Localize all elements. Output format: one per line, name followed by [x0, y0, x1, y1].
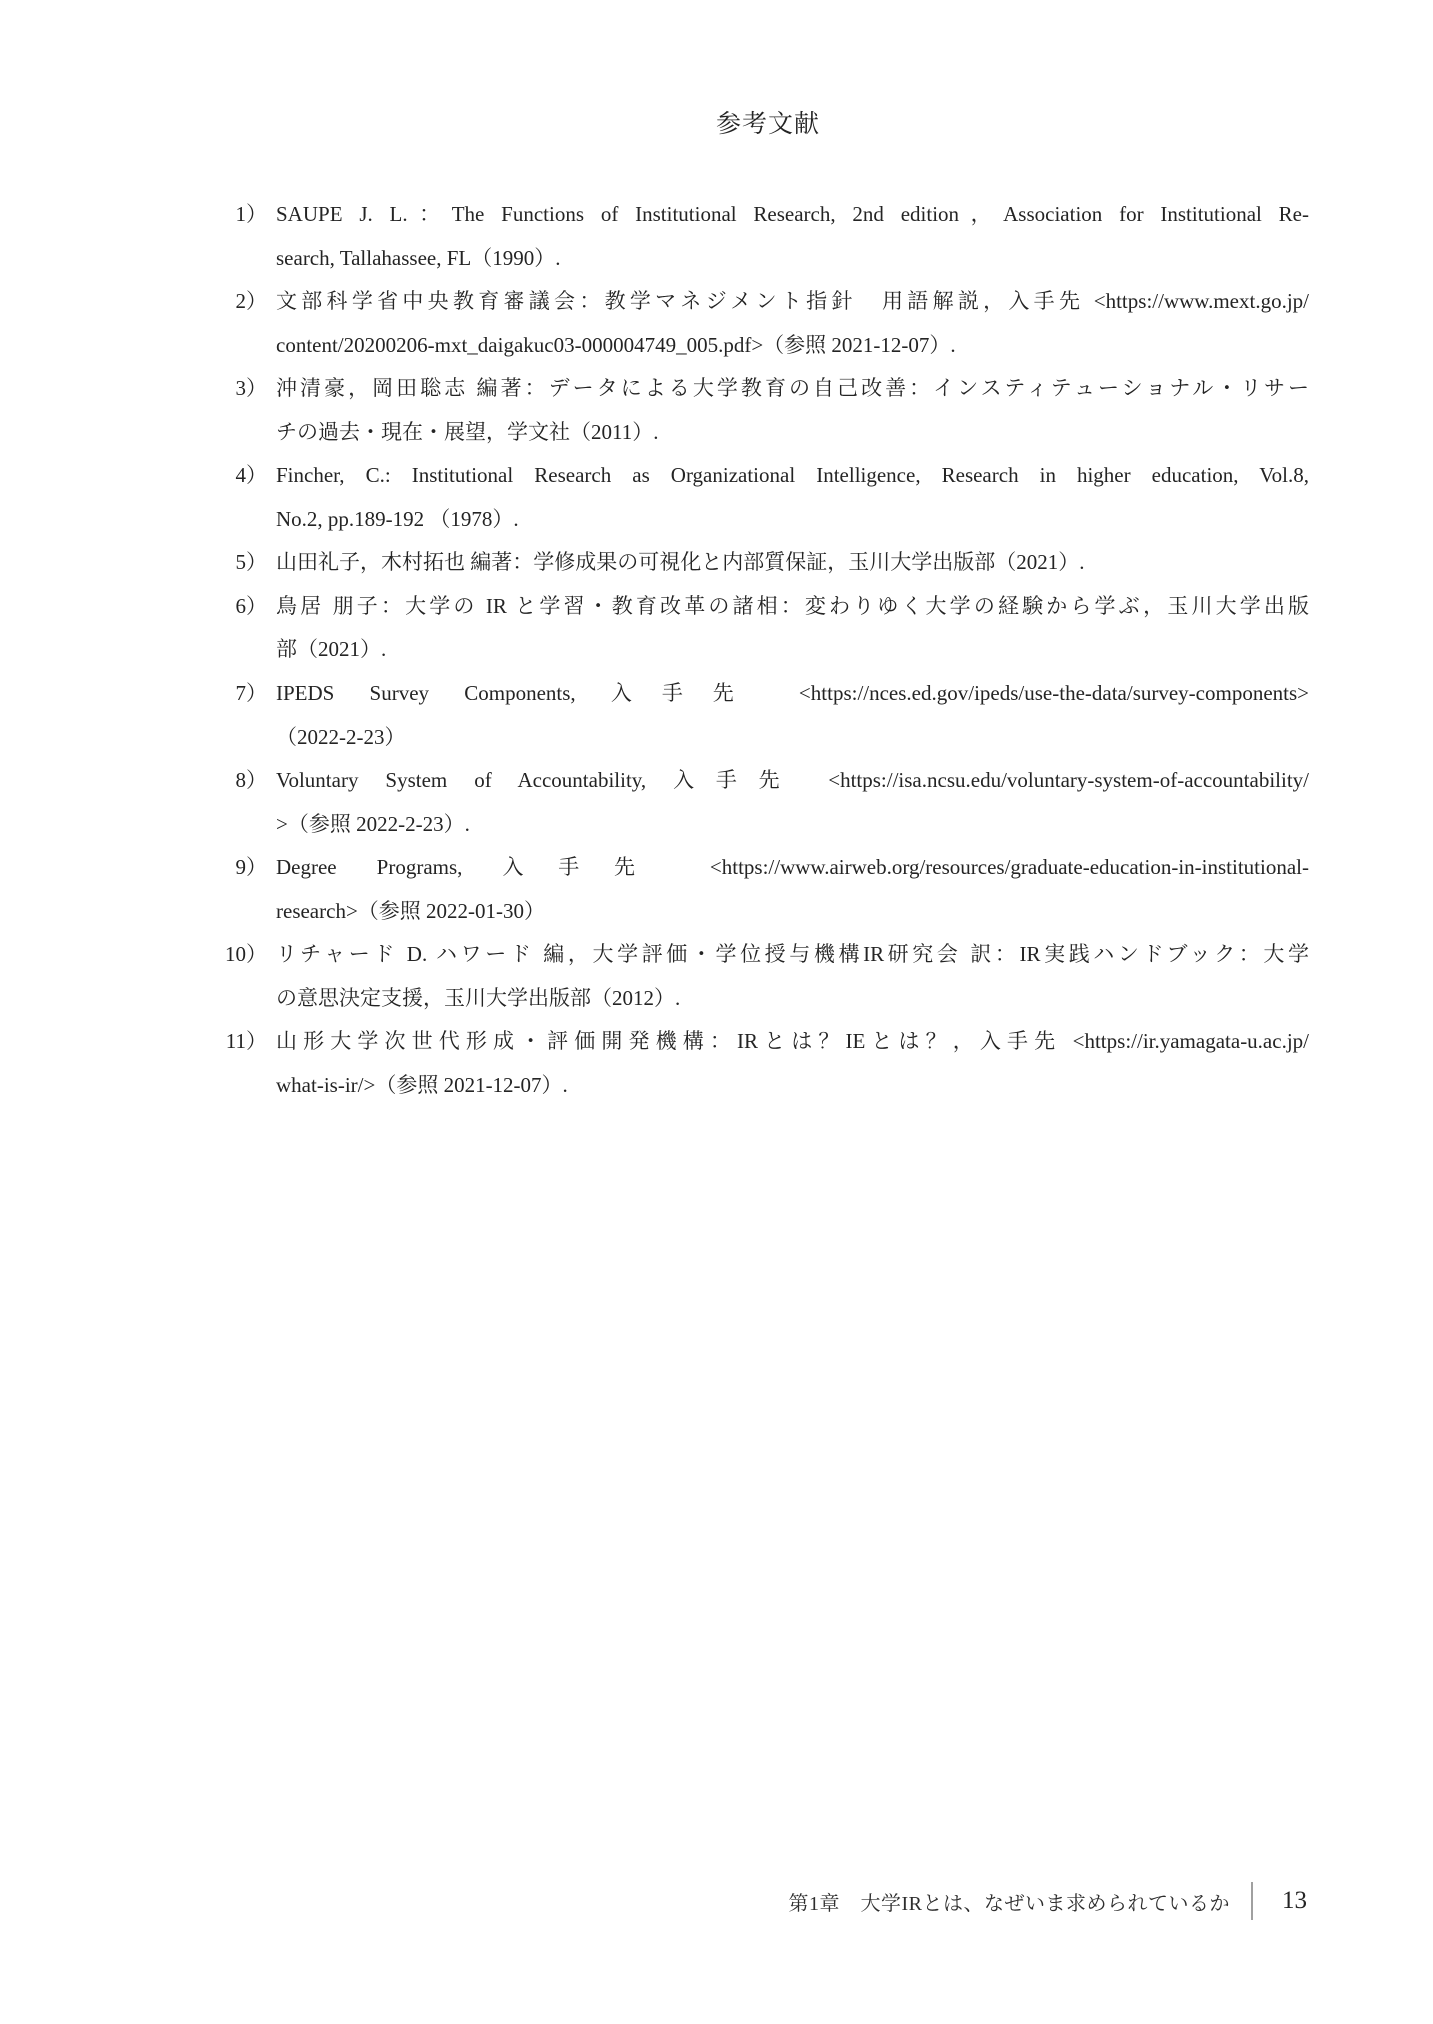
reference-number: 2） [160, 280, 267, 324]
reference-number: 7） [160, 672, 267, 716]
reference-number: 5） [160, 541, 267, 585]
page-title: 参考文献 [716, 110, 820, 140]
page-footer: 第1章 大学IRとは、なぜいま求められているか 13 [0, 1881, 1307, 1921]
reference-text: 文部科学省中央教育審議会：教学マネジメント指針 用語解説，入手先 <https:… [276, 280, 1309, 367]
reference-line: No.2, pp.189-192 （1978）. [276, 498, 1309, 542]
reference-number: 8） [160, 759, 267, 803]
reference-number: 3） [160, 367, 267, 411]
reference-text: 山田礼子，木村拓也 編著：学修成果の可視化と内部質保証，玉川大学出版部（2021… [276, 541, 1309, 585]
reference-line: チの過去・現在・展望，学文社（2011）. [276, 411, 1309, 455]
reference-line: IPEDS Survey Components, 入手先 <https://nc… [276, 672, 1309, 716]
reference-text: Fincher, C.: Institutional Research as O… [276, 454, 1309, 541]
reference-item: 10）リチャード D. ハワード 編，大学評価・学位授与機構IR研究会 訳：IR… [0, 933, 1433, 1020]
reference-line: what-is-ir/>（参照 2021-12-07）. [276, 1064, 1309, 1108]
reference-text: Voluntary System of Accountability, 入手先 … [276, 759, 1309, 846]
reference-item: 2）文部科学省中央教育審議会：教学マネジメント指針 用語解説，入手先 <http… [0, 280, 1433, 367]
reference-line: 文部科学省中央教育審議会：教学マネジメント指針 用語解説，入手先 <https:… [276, 280, 1309, 324]
reference-line: Fincher, C.: Institutional Research as O… [276, 454, 1309, 498]
reference-number: 11） [160, 1020, 267, 1064]
reference-line: の意思決定支援，玉川大学出版部（2012）. [276, 977, 1309, 1021]
reference-text: SAUPE J. L.：The Functions of Institution… [276, 193, 1309, 280]
reference-item: 6）鳥居 朋子：大学の IR と学習・教育改革の諸相：変わりゆく大学の経験から学… [0, 585, 1433, 672]
reference-item: 11）山形大学次世代形成・評価開発機構：IRとは？IEとは？，入手先 <http… [0, 1020, 1433, 1107]
reference-line: search, Tallahassee, FL（1990）. [276, 237, 1309, 281]
reference-item: 4）Fincher, C.: Institutional Research as… [0, 454, 1433, 541]
reference-item: 7）IPEDS Survey Components, 入手先 <https://… [0, 672, 1433, 759]
reference-item: 9）Degree Programs, 入手先 <https://www.airw… [0, 846, 1433, 933]
reference-number: 9） [160, 846, 267, 890]
reference-line: Voluntary System of Accountability, 入手先 … [276, 759, 1309, 803]
reference-text: 沖清豪，岡田聡志 編著：データによる大学教育の自己改善：インスティテューショナル… [276, 367, 1309, 454]
footer-divider [1251, 1882, 1253, 1920]
reference-text: 山形大学次世代形成・評価開発機構：IRとは？IEとは？，入手先 <https:/… [276, 1020, 1309, 1107]
reference-line: （2022-2-23） [276, 716, 1309, 760]
reference-item: 5）山田礼子，木村拓也 編著：学修成果の可視化と内部質保証，玉川大学出版部（20… [0, 541, 1433, 585]
reference-number: 6） [160, 585, 267, 629]
reference-line: content/20200206-mxt_daigakuc03-00000474… [276, 324, 1309, 368]
reference-text: リチャード D. ハワード 編，大学評価・学位授与機構IR研究会 訳：IR実践ハ… [276, 933, 1309, 1020]
reference-line: Degree Programs, 入手先 <https://www.airweb… [276, 846, 1309, 890]
footer-chapter-title: 第1章 大学IRとは、なぜいま求められているか [789, 1887, 1231, 1916]
reference-line: >（参照 2022-2-23）. [276, 803, 1309, 847]
reference-line: research>（参照 2022-01-30） [276, 890, 1309, 934]
reference-item: 3）沖清豪，岡田聡志 編著：データによる大学教育の自己改善：インスティテューショ… [0, 367, 1433, 454]
reference-text: IPEDS Survey Components, 入手先 <https://nc… [276, 672, 1309, 759]
reference-line: SAUPE J. L.：The Functions of Institution… [276, 193, 1309, 237]
reference-line: リチャード D. ハワード 編，大学評価・学位授与機構IR研究会 訳：IR実践ハ… [276, 933, 1309, 977]
reference-line: 山形大学次世代形成・評価開発機構：IRとは？IEとは？，入手先 <https:/… [276, 1020, 1309, 1064]
reference-item: 1）SAUPE J. L.：The Functions of Instituti… [0, 193, 1433, 280]
reference-number: 4） [160, 454, 267, 498]
reference-text: Degree Programs, 入手先 <https://www.airweb… [276, 846, 1309, 933]
reference-item: 8）Voluntary System of Accountability, 入手… [0, 759, 1433, 846]
reference-number: 1） [160, 193, 267, 237]
reference-line: 部（2021）. [276, 628, 1309, 672]
document-page: 参考文献 1）SAUPE J. L.：The Functions of Inst… [0, 0, 1433, 2024]
reference-line: 鳥居 朋子：大学の IR と学習・教育改革の諸相：変わりゆく大学の経験から学ぶ，… [276, 585, 1309, 629]
reference-text: 鳥居 朋子：大学の IR と学習・教育改革の諸相：変わりゆく大学の経験から学ぶ，… [276, 585, 1309, 672]
reference-number: 10） [160, 933, 267, 977]
reference-line: 山田礼子，木村拓也 編著：学修成果の可視化と内部質保証，玉川大学出版部（2021… [276, 541, 1309, 585]
reference-line: 沖清豪，岡田聡志 編著：データによる大学教育の自己改善：インスティテューショナル… [276, 367, 1309, 411]
footer-page-number: 13 [1282, 1887, 1307, 1915]
reference-list: 1）SAUPE J. L.：The Functions of Instituti… [0, 193, 1433, 1107]
